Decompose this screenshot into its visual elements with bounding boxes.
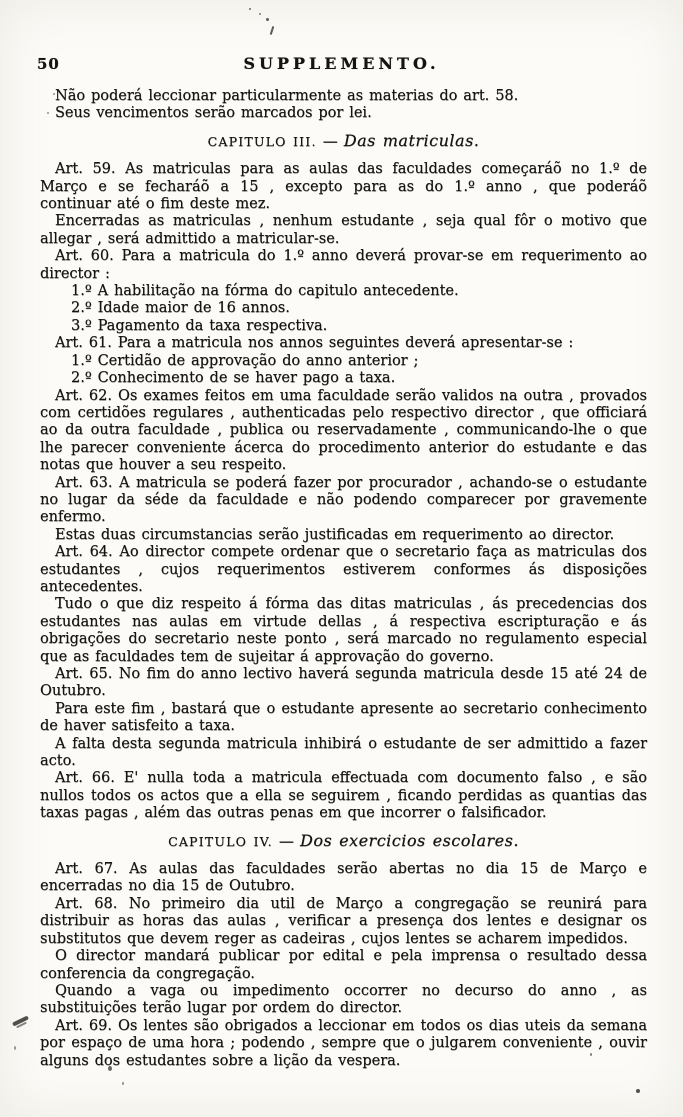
paragraph: Art. 67. As aulas das faculdades serão a… bbox=[40, 861, 647, 896]
chapter-title: Das matriculas. bbox=[344, 131, 480, 150]
paragraph: Tudo o que diz respeito á fórma das dita… bbox=[40, 596, 647, 666]
paragraph: Art. 64. Ao director compete ordenar que… bbox=[40, 544, 647, 596]
ink-speck bbox=[249, 8, 251, 10]
ink-stroke bbox=[270, 26, 275, 35]
paragraph: Art. 59. As matriculas para as aulas das… bbox=[40, 161, 647, 213]
ink-speck bbox=[53, 93, 55, 95]
list-item: 1.º Certidão de approvação do anno anter… bbox=[40, 353, 647, 370]
ink-speck bbox=[590, 1053, 592, 1056]
paragraph: Art. 66. E' nulla toda a matricula effec… bbox=[40, 770, 647, 822]
paragraph: Art. 65. No fim do anno lectivo haverá s… bbox=[40, 666, 647, 701]
paragraph: A falta desta segunda matricula inhibirá… bbox=[40, 736, 647, 771]
ink-speck bbox=[259, 13, 261, 15]
paragraph: Quando a vaga ou impedimento occorrer no… bbox=[40, 983, 647, 1018]
paragraph: Art. 68. No primeiro dia util de Março a… bbox=[40, 896, 647, 948]
paragraph: Seus vencimentos serão marcados por lei. bbox=[40, 105, 647, 122]
paragraph: Para este fim , bastará que o estudante … bbox=[40, 701, 647, 736]
scanned-page: 50 SUPPLEMENTO. Não poderá leccionar par… bbox=[0, 0, 683, 1117]
ink-speck bbox=[14, 1046, 16, 1050]
page-header: 50 SUPPLEMENTO. bbox=[0, 54, 683, 76]
paragraph: Art. 61. Para a matricula nos annos segu… bbox=[40, 335, 647, 352]
paragraph: O director mandará publicar por edital e… bbox=[40, 948, 647, 983]
running-title: SUPPLEMENTO. bbox=[0, 54, 683, 73]
paragraph: Art. 62. Os exames feitos em uma faculda… bbox=[40, 388, 647, 475]
list-item: 2.º Conhecimento de se haver pago a taxa… bbox=[40, 370, 647, 387]
document-body: Não poderá leccionar particularmente as … bbox=[40, 88, 647, 1070]
chapter-dash: — bbox=[273, 832, 300, 850]
ink-speck bbox=[266, 18, 269, 21]
ink-speck bbox=[47, 112, 49, 114]
list-item: 2.º Idade maior de 16 annos. bbox=[40, 300, 647, 317]
chapter-label: CAPITULO IV. bbox=[168, 834, 273, 849]
paragraph: Estas duas circumstancias serão justific… bbox=[40, 527, 647, 544]
paragraph: Encerradas as matriculas , nenhum estuda… bbox=[40, 213, 647, 248]
paragraph: Art. 60. Para a matricula do 1.º anno de… bbox=[40, 248, 647, 283]
chapter-heading: CAPITULO III. — Das matriculas. bbox=[40, 132, 647, 151]
paragraph: Art. 69. Os lentes são obrigados a lecci… bbox=[40, 1018, 647, 1070]
chapter-heading: CAPITULO IV. — Dos exercicios escolares. bbox=[40, 832, 647, 851]
ink-speck bbox=[636, 1089, 640, 1093]
ink-speck bbox=[108, 1066, 112, 1071]
list-item: 3.º Pagamento da taxa respectiva. bbox=[40, 318, 647, 335]
chapter-title: Dos exercicios escolares. bbox=[300, 831, 519, 850]
ink-speck bbox=[122, 1082, 124, 1085]
chapter-dash: — bbox=[317, 132, 344, 150]
paragraph: Não poderá leccionar particularmente as … bbox=[40, 88, 647, 105]
paragraph: Art. 63. A matricula se poderá fazer por… bbox=[40, 475, 647, 527]
list-item: 1.º A habilitação na fórma do capitulo a… bbox=[40, 283, 647, 300]
chapter-label: CAPITULO III. bbox=[208, 134, 317, 149]
